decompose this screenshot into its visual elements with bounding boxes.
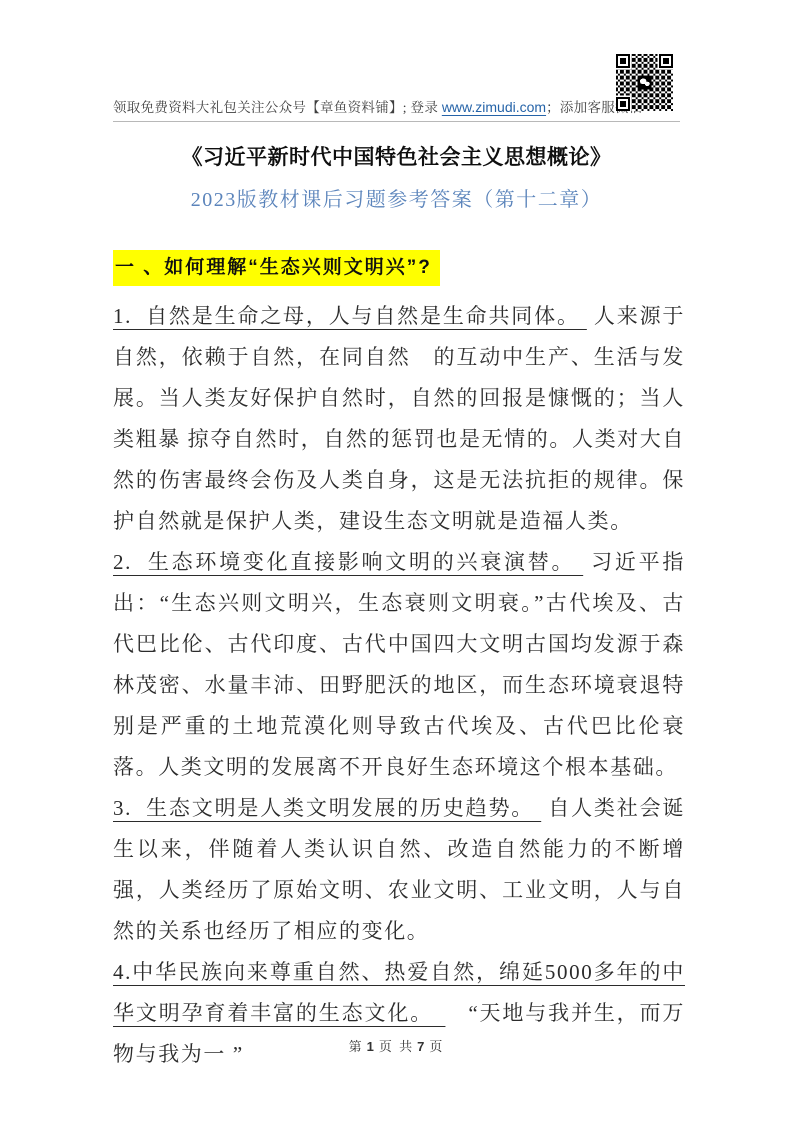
document-title: 《习近平新时代中国特色社会主义思想概论》 [0,141,793,171]
answer-paragraph-1: 1. 自然是生命之母，人与自然是生命共同体。 人来源于自然，依赖于自然，在同自然… [113,296,685,542]
wechat-qr-code-icon [616,54,673,111]
answer-content: 1. 自然是生命之母，人与自然是生命共同体。 人来源于自然，依赖于自然，在同自然… [113,296,685,1075]
paragraph-2-lead: 2. 生态环境变化直接影响文明的兴衰演替。 [113,550,583,574]
footer-page-number: 1 [364,1039,379,1054]
document-subtitle: 2023版教材课后习题参考答案（第十二章） [0,183,793,212]
footer-total-pages: 7 [414,1039,429,1054]
paragraph-1-body: 人来源于自然，依赖于自然，在同自然 的互动中生产、生活与发展。当人类友好保护自然… [113,304,685,533]
site-link[interactable]: www.zimudi.com [442,99,546,115]
page-footer: 第1页 共7页 [0,1036,793,1055]
header-divider [113,121,680,122]
question-heading-highlight: 一 、如何理解“生态兴则文明兴”? [113,250,440,286]
footer-label-pages: 页 [429,1039,444,1054]
paragraph-1-lead: 1. 自然是生命之母，人与自然是生命共同体。 [113,304,587,328]
answer-paragraph-4: 4.中华民族向来尊重自然、热爱自然，绵延5000多年的中华文明孕育着丰富的生态文… [113,952,685,1075]
footer-label-of: 页 共 [379,1039,414,1054]
header-promo-text: 领取免费资料大礼包关注公众号【章鱼资料铺】; 登录 [113,100,442,115]
page-header: 领取免费资料大礼包关注公众号【章鱼资料铺】; 登录 www.zimudi.com… [113,96,618,116]
footer-label-page: 第 [349,1039,364,1054]
answer-paragraph-2: 2. 生态环境变化直接影响文明的兴衰演替。 习近平指出：“生态兴则文明兴，生态衰… [113,542,685,788]
paragraph-3-lead: 3. 生态文明是人类文明发展的历史趋势。 [113,796,541,820]
answer-paragraph-3: 3. 生态文明是人类文明发展的历史趋势。 自人类社会诞生以来，伴随着人类认识自然… [113,788,685,952]
paragraph-2-body: 习近平指出：“生态兴则文明兴，生态衰则文明衰。”古代埃及、古代巴比伦、古代印度、… [113,550,685,779]
question-heading: 一 、如何理解“生态兴则文明兴”? [113,252,440,279]
